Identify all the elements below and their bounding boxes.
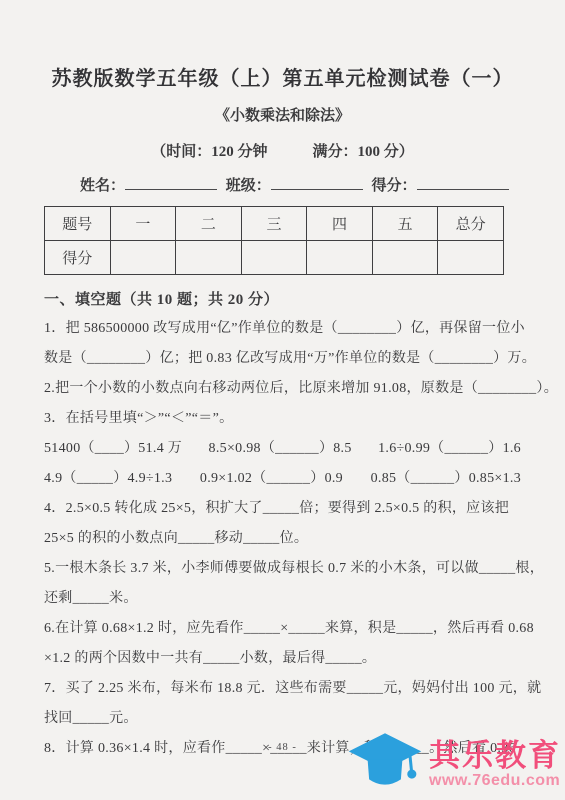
score-label: 得分： xyxy=(372,178,417,194)
score-cell-empty xyxy=(307,241,373,275)
question-line: 6.在计算 0.68×1.2 时，应先看作_____×_____来算，积是___… xyxy=(44,614,521,644)
question-4: 4．2.5×0.5 转化成 25×5，积扩大了_____倍；要得到 2.5×0.… xyxy=(44,494,521,554)
graduation-cap-icon xyxy=(345,731,425,799)
question-line: 还剩_____米。 xyxy=(44,584,521,614)
score-cell-empty xyxy=(372,241,438,275)
score-table-header-cell: 一 xyxy=(110,207,176,241)
question-line: 找回_____元。 xyxy=(44,704,521,734)
score-table-header-cell: 四 xyxy=(307,207,373,241)
name-label: 姓名： xyxy=(80,178,125,194)
question-line: 4．2.5×0.5 转化成 25×5，积扩大了_____倍；要得到 2.5×0.… xyxy=(44,494,521,524)
question-1: 1．把 586500000 改写成用“亿”作单位的数是（________）亿，再… xyxy=(44,314,521,374)
exam-paper-page: 苏教版数学五年级（上）第五单元检测试卷（一） 《小数乘法和除法》 （时间：120… xyxy=(0,0,565,800)
score-cell-empty xyxy=(241,241,307,275)
question-6: 6.在计算 0.68×1.2 时，应先看作_____×_____来算，积是___… xyxy=(44,614,521,674)
comparison-item: 4.9（_____）4.9÷1.3 xyxy=(44,464,172,494)
question-line: 数是（________）亿；把 0.83 亿改写成用“万”作单位的数是（____… xyxy=(44,344,521,374)
class-blank xyxy=(271,176,363,190)
score-table-header-cell: 题号 xyxy=(45,207,111,241)
question-line: 25×5 的积的小数点向_____移动_____位。 xyxy=(44,524,521,554)
score-cell-empty xyxy=(438,241,504,275)
comparison-item: 51400（____）51.4 万 xyxy=(44,434,182,464)
time-score-line: （时间：120 分钟 满分：100 分） xyxy=(44,140,521,161)
score-table-score-row: 得分 xyxy=(45,241,504,275)
score-table-header-row: 题号 一 二 三 四 五 总分 xyxy=(45,207,504,241)
question-2: 2.把一个小数的小数点向右移动两位后，比原来增加 91.08，原数是（_____… xyxy=(44,374,521,404)
comparison-item: 0.9×1.02（______）0.9 xyxy=(200,464,343,494)
question-line: 5.一根木条长 3.7 米，小李师傅要做成每根长 0.7 米的小木条，可以做__… xyxy=(44,554,521,584)
paper-content: 苏教版数学五年级（上）第五单元检测试卷（一） 《小数乘法和除法》 （时间：120… xyxy=(0,0,565,764)
question-line: 7．买了 2.25 米布，每米布 18.8 元．这些布需要_____元，妈妈付出… xyxy=(44,674,521,704)
name-blank xyxy=(125,176,217,190)
page-subtitle: 《小数乘法和除法》 xyxy=(44,104,521,125)
question-3: 3．在括号里填“＞”“＜”“＝”。 51400（____）51.4 万 8.5×… xyxy=(44,404,521,494)
question-line: 1．把 586500000 改写成用“亿”作单位的数是（________）亿，再… xyxy=(44,314,521,344)
question-line: 3．在括号里填“＞”“＜”“＝”。 xyxy=(44,404,521,434)
comparison-item: 1.6÷0.99（______）1.6 xyxy=(378,434,521,464)
question-line: ×1.2 的两个因数中一共有_____小数，最后得_____。 xyxy=(44,644,521,674)
comparison-row: 51400（____）51.4 万 8.5×0.98（______）8.5 1.… xyxy=(44,434,521,464)
question-5: 5.一根木条长 3.7 米，小李师傅要做成每根长 0.7 米的小木条，可以做__… xyxy=(44,554,521,614)
score-cell-empty xyxy=(110,241,176,275)
score-table-header-cell: 总分 xyxy=(438,207,504,241)
comparison-item: 8.5×0.98（______）8.5 xyxy=(209,434,352,464)
brand-name: 其乐教育 xyxy=(429,740,561,772)
comparison-item: 0.85（______）0.85×1.3 xyxy=(371,464,521,494)
score-row-label: 得分 xyxy=(45,241,111,275)
section-heading-fill-in-blanks: 一、填空题（共 10 题；共 20 分） xyxy=(44,288,521,309)
score-table-header-cell: 三 xyxy=(241,207,307,241)
question-7: 7．买了 2.25 米布，每米布 18.8 元．这些布需要_____元，妈妈付出… xyxy=(44,674,521,734)
comparison-row: 4.9（_____）4.9÷1.3 0.9×1.02（______）0.9 0.… xyxy=(44,464,521,494)
page-title: 苏教版数学五年级（上）第五单元检测试卷（一） xyxy=(44,62,521,91)
score-table-header-cell: 二 xyxy=(176,207,242,241)
score-blank xyxy=(417,176,509,190)
score-table: 题号 一 二 三 四 五 总分 得分 xyxy=(44,206,504,275)
publisher-logo: 其乐教育 www.76edu.com xyxy=(345,731,561,799)
question-line: 2.把一个小数的小数点向右移动两位后，比原来增加 91.08，原数是（_____… xyxy=(44,374,521,404)
score-cell-empty xyxy=(176,241,242,275)
brand-url: www.76edu.com xyxy=(429,772,560,790)
name-class-score-line: 姓名： 班级： 得分： xyxy=(44,174,521,195)
class-label: 班级： xyxy=(226,178,271,194)
question-list: 1．把 586500000 改写成用“亿”作单位的数是（________）亿，再… xyxy=(44,314,521,764)
score-table-header-cell: 五 xyxy=(372,207,438,241)
logo-text: 其乐教育 www.76edu.com xyxy=(429,740,561,790)
